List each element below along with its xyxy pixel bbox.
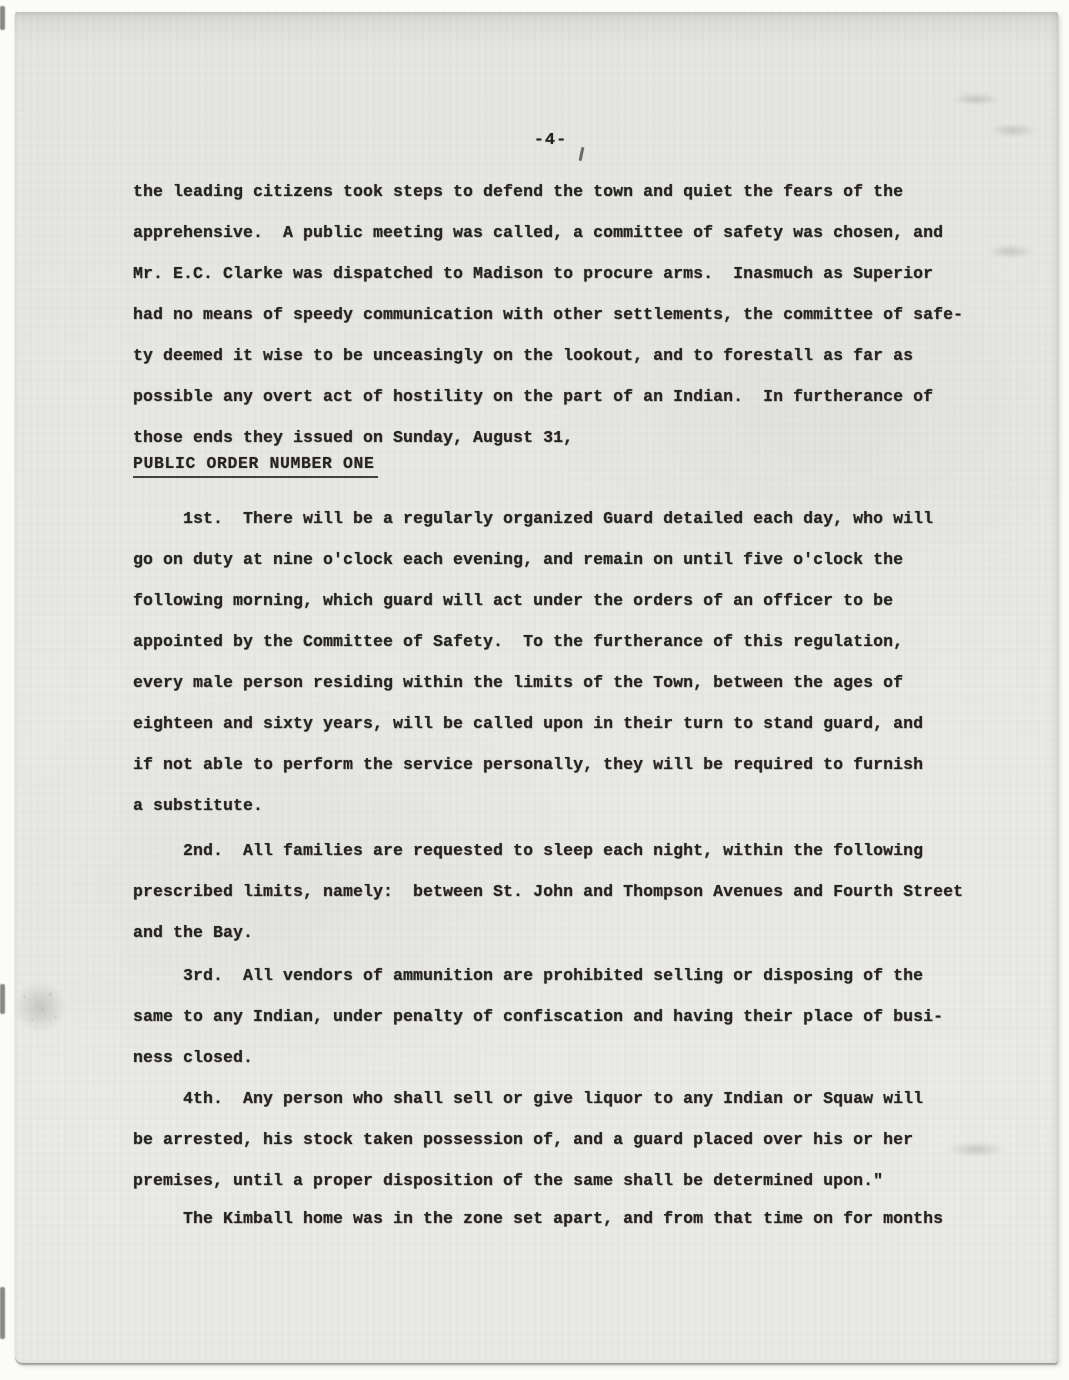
paragraph-order-3rd: 3rd. All vendors of ammunition are prohi… bbox=[133, 955, 968, 1078]
scan-edge-mark bbox=[0, 1287, 5, 1339]
paragraph-order-1st: 1st. There will be a regularly organized… bbox=[133, 498, 968, 826]
page-number: -4- bbox=[133, 130, 968, 152]
paragraph-order-2nd: 2nd. All families are requested to sleep… bbox=[133, 830, 968, 953]
document-page: -4- the leading citizens took steps to d… bbox=[15, 12, 1058, 1363]
paragraph-order-4th: 4th. Any person who shall sell or give l… bbox=[133, 1078, 968, 1201]
section-heading-text: PUBLIC ORDER NUMBER ONE bbox=[133, 452, 378, 478]
paragraph-intro: the leading citizens took steps to defen… bbox=[133, 171, 968, 458]
scanned-document: -4- the leading citizens took steps to d… bbox=[0, 0, 1069, 1380]
scan-edge-mark bbox=[0, 984, 5, 1014]
paragraph-closing: The Kimball home was in the zone set apa… bbox=[133, 1198, 968, 1239]
scan-edge-mark bbox=[0, 6, 5, 30]
page-content: -4- the leading citizens took steps to d… bbox=[15, 130, 1058, 1239]
